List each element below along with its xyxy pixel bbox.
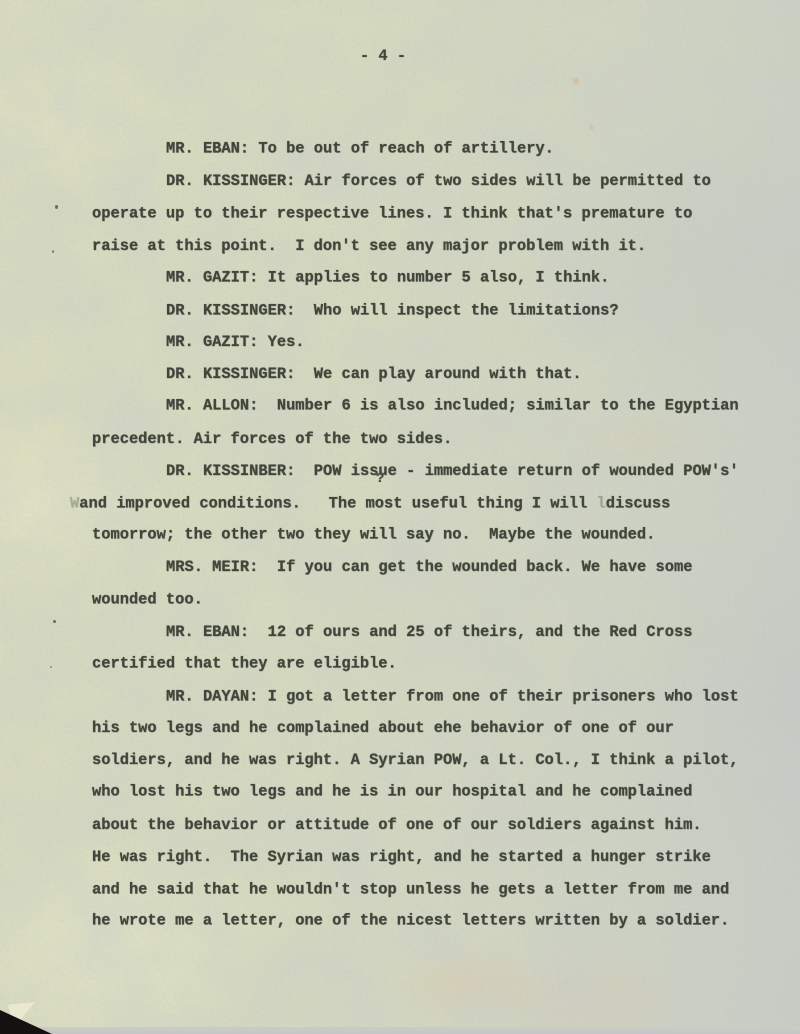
text-segment: DR. KISSINGER: Air forces of two sides w… <box>166 172 711 190</box>
text-line: MR. DAYAN: I got a letter from one of th… <box>92 680 782 712</box>
text-segment: soldiers, and he was right. A Syrian POW… <box>92 751 739 769</box>
text-line: DR. KISSINGER: We can play around with t… <box>92 358 782 390</box>
text-line: who lost his two legs and he is in our h… <box>92 776 782 808</box>
text-segment: MR. ALLON: Number 6 is also included; si… <box>166 397 739 415</box>
text-line: DR. KISSINGER: Air forces of two sides w… <box>92 165 782 197</box>
text-line: MR. ALLON: Number 6 is also included; si… <box>92 390 782 422</box>
paper-stain <box>573 78 579 84</box>
text-line: his two legs and he complained about ehe… <box>92 712 782 744</box>
text-segment: and improved conditions. The most useful… <box>79 494 596 512</box>
text-line: he wrote me a letter, one of the nicest … <box>92 905 782 937</box>
text-segment: he wrote me a letter, one of the nicest … <box>92 912 729 930</box>
page-number: - 4 - <box>0 46 766 66</box>
ink-speck <box>52 250 54 253</box>
text-line: operate up to their respective lines. I … <box>92 198 782 230</box>
text-line: He was right. The Syrian was right, and … <box>92 841 782 873</box>
text-segment: operate up to their respective lines. I … <box>92 205 692 223</box>
text-line: MR. GAZIT: Yes. <box>92 326 782 358</box>
text-segment: DR. KISSINGER: Who will inspect the limi… <box>166 301 619 319</box>
text-line: DR. KISSINBER: POW issue - immediate ret… <box>92 455 782 487</box>
text-segment: wounded too. <box>92 591 203 609</box>
text-line: and he said that he wouldn't stop unless… <box>92 873 782 905</box>
text-segment: who lost his two legs and he is in our h… <box>92 783 692 801</box>
document-page: - 4 - MR. EBAN: To be out of reach of ar… <box>0 0 800 1034</box>
text-segment: He was right. The Syrian was right, and … <box>92 848 711 866</box>
ink-speck <box>53 620 56 623</box>
ink-speck <box>55 205 58 209</box>
text-line: MR. EBAN: 12 of ours and 25 of theirs, a… <box>92 616 782 648</box>
inserted-question-mark-annotation: ? <box>376 471 384 487</box>
text-line: precedent. Air forces of the two sides. <box>92 423 782 455</box>
text-line: certified that they are eligible. <box>92 647 782 679</box>
paper-stain <box>589 125 594 130</box>
text-line: MR. EBAN: To be out of reach of artiller… <box>92 133 782 165</box>
text-segment: about the behavior or attitude of one of… <box>92 816 702 834</box>
text-segment: DR. KISSINGER: We can play around with t… <box>166 365 582 383</box>
text-segment: MR. EBAN: 12 of ours and 25 of theirs, a… <box>166 623 692 641</box>
text-line: about the behavior or attitude of one of… <box>92 809 782 841</box>
scan-corner-shadow <box>0 1010 52 1034</box>
text-segment: DR. KISSINBER: POW issue - immediate ret… <box>166 462 739 480</box>
text-line: Wand improved conditions. The most usefu… <box>70 487 782 519</box>
ghost-strike-character: l <box>596 494 605 512</box>
scan-edge-strip <box>0 1027 800 1034</box>
text-line: soldiers, and he was right. A Syrian POW… <box>92 744 782 776</box>
text-line: MRS. MEIR: If you can get the wounded ba… <box>92 551 782 583</box>
text-segment: tomorrow; the other two they will say no… <box>92 526 655 544</box>
text-line: raise at this point. I don't see any maj… <box>92 230 782 262</box>
text-line: wounded too. <box>92 584 782 616</box>
text-line: MR. GAZIT: It applies to number 5 also, … <box>92 261 782 293</box>
transcript-text-body: MR. EBAN: To be out of reach of artiller… <box>92 133 782 937</box>
text-segment: precedent. Air forces of the two sides. <box>92 430 452 448</box>
ghost-strike-character: W <box>70 494 79 512</box>
text-segment: MR. DAYAN: I got a letter from one of th… <box>166 687 739 705</box>
ink-speck <box>50 666 52 668</box>
text-line: DR. KISSINGER: Who will inspect the limi… <box>92 294 782 326</box>
text-segment: discuss <box>606 494 671 512</box>
text-line: tomorrow; the other two they will say no… <box>92 519 782 551</box>
text-segment: certified that they are eligible. <box>92 654 397 672</box>
text-segment: MR. EBAN: To be out of reach of artiller… <box>166 140 554 158</box>
text-segment: his two legs and he complained about ehe… <box>92 719 674 737</box>
text-segment: MR. GAZIT: It applies to number 5 also, … <box>166 268 609 286</box>
text-segment: raise at this point. I don't see any maj… <box>92 237 646 255</box>
text-segment: MR. GAZIT: Yes. <box>166 333 305 351</box>
text-segment: and he said that he wouldn't stop unless… <box>92 880 729 898</box>
text-segment: MRS. MEIR: If you can get the wounded ba… <box>166 558 692 576</box>
